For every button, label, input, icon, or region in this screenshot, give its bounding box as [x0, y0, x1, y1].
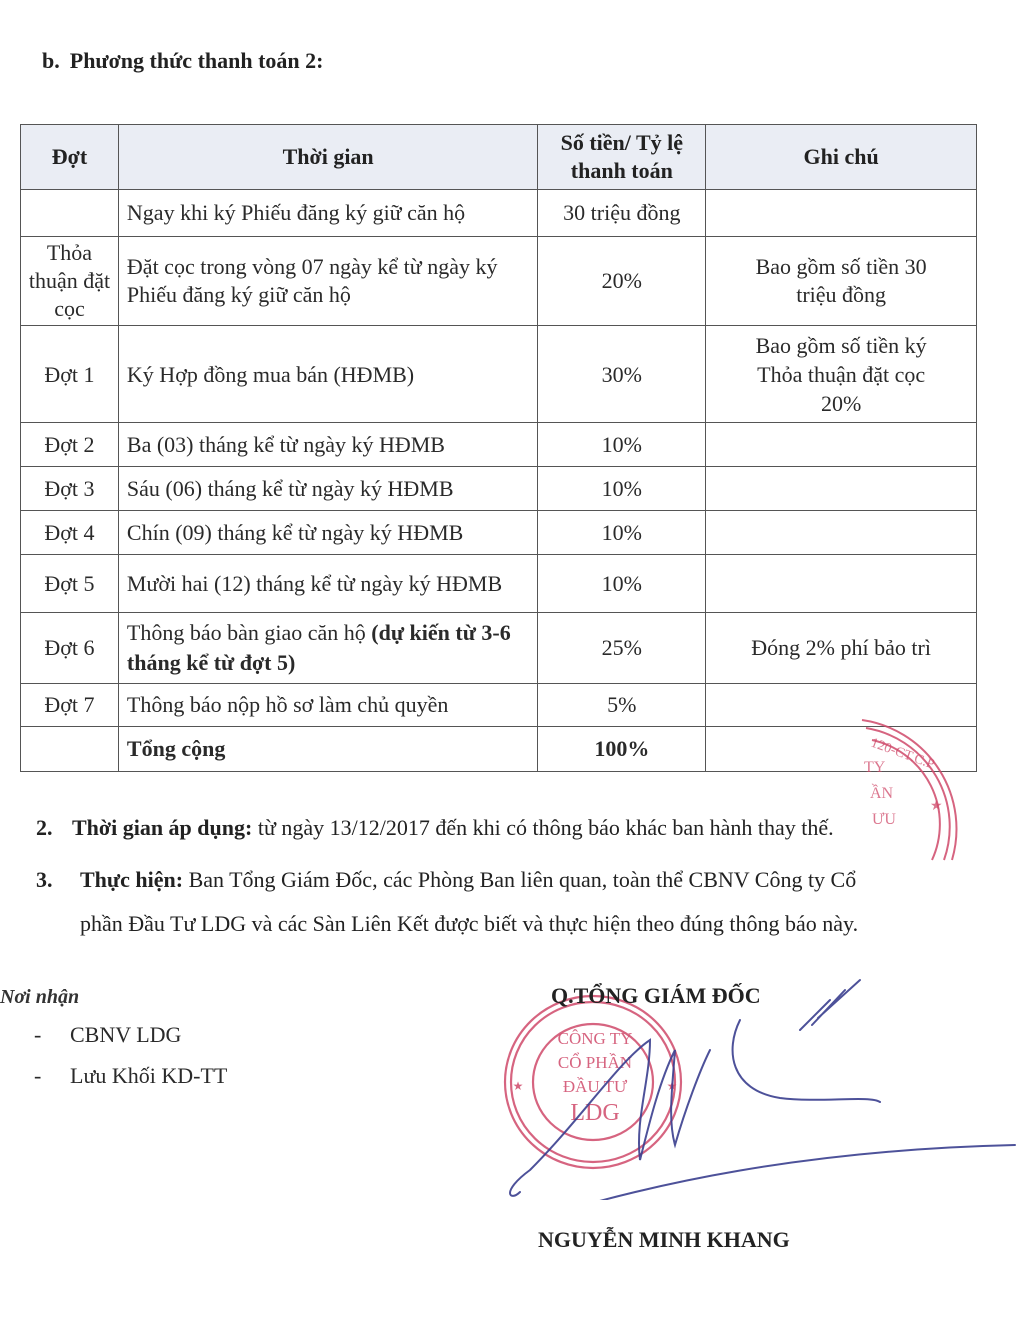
cell-ghi-chu — [706, 423, 977, 467]
table-header-row: Đợt Thời gian Số tiền/ Tỷ lệ thanh toán … — [21, 125, 977, 190]
item-effective-date: 2.Thời gian áp dụng: từ ngày 13/12/2017 … — [36, 815, 834, 841]
cell-thoi-gian: Chín (09) tháng kể từ ngày ký HĐMB — [118, 511, 537, 555]
cell-dot — [21, 190, 119, 237]
cell-ghi-chu — [706, 190, 977, 237]
signature-title: Q.TỔNG GIÁM ĐỐC — [551, 983, 761, 1009]
table-row: Ngay khi ký Phiếu đăng ký giữ căn hộ 30 … — [21, 190, 977, 237]
item-text-continuation: phần Đầu Tư LDG và các Sàn Liên Kết được… — [36, 902, 1006, 946]
header-ty-le: Số tiền/ Tỷ lệ thanh toán — [538, 125, 706, 190]
total-value: 100% — [538, 727, 706, 772]
item-key: Thời gian áp dụng: — [72, 815, 252, 840]
cell-dot: Đợt 1 — [21, 326, 119, 423]
cell-dot: Đợt 3 — [21, 467, 119, 511]
recipient-name: Lưu Khối KD-TT — [70, 1063, 227, 1104]
total-label: Tổng cộng — [118, 727, 537, 772]
item-number: 3. — [36, 858, 80, 902]
svg-text:★: ★ — [513, 1079, 524, 1093]
section-heading: b.Phương thức thanh toán 2: — [42, 48, 324, 74]
thoi-gian-text: Thông báo bàn giao căn hộ — [127, 620, 371, 645]
item-key: Thực hiện: — [80, 867, 183, 892]
cell-dot: Thỏa thuận đặt cọc — [21, 237, 119, 326]
company-stamp: CÔNG TY CỔ PHẦN ĐẦU TƯ LDG ★ ★ — [498, 990, 698, 1175]
header-ghi-chu: Ghi chú — [706, 125, 977, 190]
stamp-line-4: LDG — [570, 1100, 619, 1126]
cell-ty-le: 5% — [538, 684, 706, 727]
stamp-line-1: CÔNG TY — [558, 1029, 633, 1048]
table-row: Đợt 6 Thông báo bàn giao căn hộ (dự kiến… — [21, 613, 977, 684]
svg-text:★: ★ — [667, 1079, 678, 1093]
cell-ghi-chu — [706, 511, 977, 555]
svg-text:ƯU: ƯU — [872, 811, 896, 828]
cell-ghi-chu — [706, 727, 977, 772]
cell-thoi-gian: Thông báo bàn giao căn hộ (dự kiến từ 3-… — [118, 613, 537, 684]
table-row: Đợt 2 Ba (03) tháng kể từ ngày ký HĐMB 1… — [21, 423, 977, 467]
cell-dot: Đợt 6 — [21, 613, 119, 684]
cell-ty-le: 30% — [538, 326, 706, 423]
table-row: Đợt 3 Sáu (06) tháng kể từ ngày ký HĐMB … — [21, 467, 977, 511]
section-marker: b. — [42, 48, 60, 73]
item-implementation: 3.Thực hiện: Ban Tổng Giám Đốc, các Phòn… — [36, 858, 1006, 946]
svg-text:★: ★ — [930, 799, 943, 814]
list-item: -CBNV LDG — [34, 1022, 227, 1063]
recipients-list: -CBNV LDG -Lưu Khối KD-TT — [34, 1022, 227, 1104]
cell-ghi-chu — [706, 555, 977, 613]
cell-ty-le: 10% — [538, 511, 706, 555]
cell-thoi-gian: Ba (03) tháng kể từ ngày ký HĐMB — [118, 423, 537, 467]
cell-ghi-chu: Bao gồm số tiền ký Thỏa thuận đặt cọc 20… — [706, 326, 977, 423]
list-item: -Lưu Khối KD-TT — [34, 1063, 227, 1104]
bullet: - — [34, 1063, 70, 1104]
cell-ghi-chu — [706, 684, 977, 727]
table-row: Đợt 1 Ký Hợp đồng mua bán (HĐMB) 30% Bao… — [21, 326, 977, 423]
cell-ghi-chu: Đóng 2% phí bảo trì — [706, 613, 977, 684]
cell-dot — [21, 727, 119, 772]
cell-ty-le: 30 triệu đồng — [538, 190, 706, 237]
cell-dot: Đợt 7 — [21, 684, 119, 727]
table-row: Đợt 5 Mười hai (12) tháng kể từ ngày ký … — [21, 555, 977, 613]
table-row: Đợt 4 Chín (09) tháng kể từ ngày ký HĐMB… — [21, 511, 977, 555]
cell-ghi-chu — [706, 467, 977, 511]
cell-dot: Đợt 4 — [21, 511, 119, 555]
cell-ty-le: 25% — [538, 613, 706, 684]
recipients-title: Nơi nhận — [0, 986, 79, 1009]
cell-dot: Đợt 5 — [21, 555, 119, 613]
stamp-line-2: CỔ PHẦN — [558, 1052, 632, 1072]
cell-dot: Đợt 2 — [21, 423, 119, 467]
cell-ty-le: 20% — [538, 237, 706, 326]
cell-thoi-gian: Ký Hợp đồng mua bán (HĐMB) — [118, 326, 537, 423]
cell-ty-le: 10% — [538, 423, 706, 467]
cell-thoi-gian: Sáu (06) tháng kể từ ngày ký HĐMB — [118, 467, 537, 511]
item-text: từ ngày 13/12/2017 đến khi có thông báo … — [252, 815, 833, 840]
payment-schedule-table: Đợt Thời gian Số tiền/ Tỷ lệ thanh toán … — [20, 124, 977, 772]
cell-thoi-gian: Đặt cọc trong vòng 07 ngày kể từ ngày ký… — [118, 237, 537, 326]
cell-thoi-gian: Mười hai (12) tháng kể từ ngày ký HĐMB — [118, 555, 537, 613]
cell-ghi-chu: Bao gồm số tiền 30 triệu đồng — [706, 237, 977, 326]
cell-thoi-gian: Thông báo nộp hồ sơ làm chủ quyền — [118, 684, 537, 727]
header-dot: Đợt — [21, 125, 119, 190]
table-total-row: Tổng cộng 100% — [21, 727, 977, 772]
stamp-line-3: ĐẦU TƯ — [563, 1077, 628, 1096]
signer-name: NGUYỄN MINH KHANG — [538, 1227, 790, 1253]
table-row: Đợt 7 Thông báo nộp hồ sơ làm chủ quyền … — [21, 684, 977, 727]
header-thoi-gian: Thời gian — [118, 125, 537, 190]
bullet: - — [34, 1022, 70, 1063]
cell-thoi-gian: Ngay khi ký Phiếu đăng ký giữ căn hộ — [118, 190, 537, 237]
cell-ty-le: 10% — [538, 467, 706, 511]
item-text: Ban Tổng Giám Đốc, các Phòng Ban liên qu… — [183, 867, 856, 892]
svg-text:ẦN: ẦN — [870, 783, 894, 802]
section-title: Phương thức thanh toán 2: — [70, 48, 324, 73]
recipient-name: CBNV LDG — [70, 1022, 181, 1063]
item-number: 2. — [36, 815, 72, 841]
cell-ty-le: 10% — [538, 555, 706, 613]
table-row: Thỏa thuận đặt cọc Đặt cọc trong vòng 07… — [21, 237, 977, 326]
